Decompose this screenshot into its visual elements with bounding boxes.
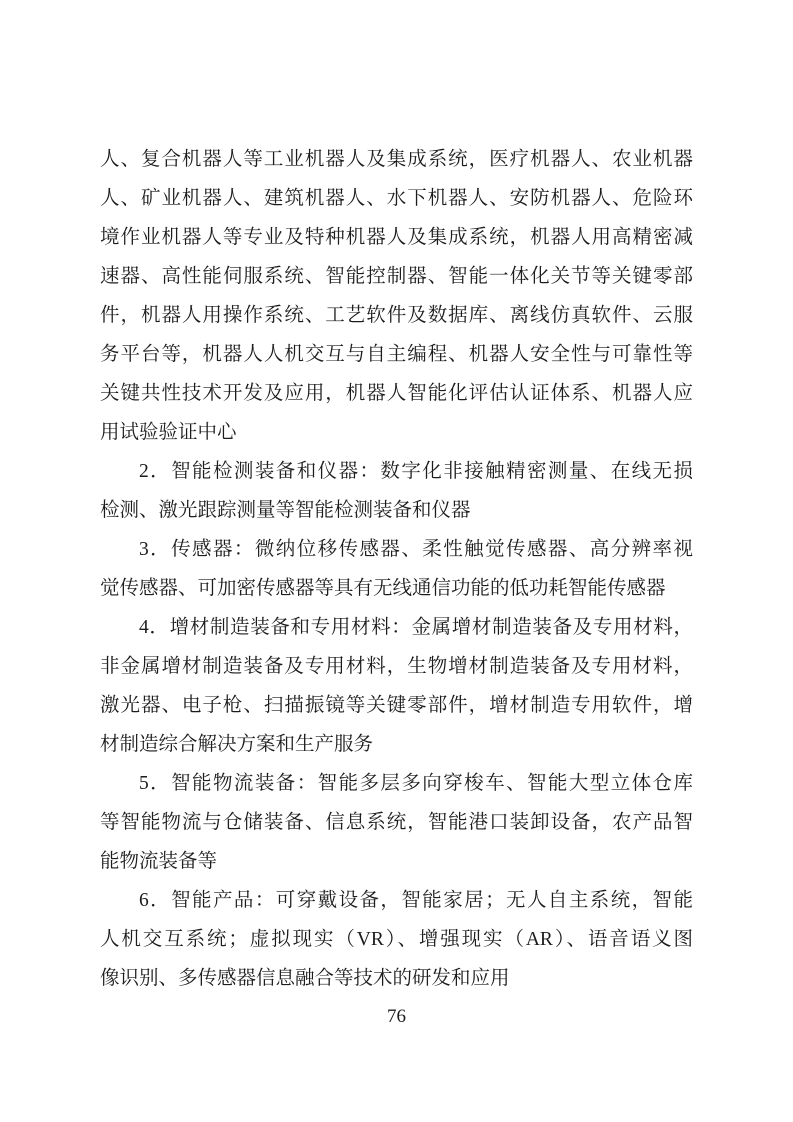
text-line: 件，机器人用操作系统、工艺软件及数据库、离线仿真软件、云服 xyxy=(100,296,693,335)
text-line-item-3: 3．传感器：微纳位移传感器、柔性触觉传感器、高分辨率视 xyxy=(100,530,693,569)
text-line: 用试验验证中心 xyxy=(100,413,693,452)
text-line-item-2: 2．智能检测装备和仪器：数字化非接触精密测量、在线无损 xyxy=(100,452,693,491)
text-line: 检测、激光跟踪测量等智能检测装备和仪器 xyxy=(100,491,693,530)
text-line: 务平台等，机器人人机交互与自主编程、机器人安全性与可靠性等 xyxy=(100,335,693,374)
text-line-item-5: 5．智能物流装备：智能多层多向穿梭车、智能大型立体仓库 xyxy=(100,764,693,803)
text-line: 能物流装备等 xyxy=(100,842,693,881)
text-line: 像识别、多传感器信息融合等技术的研发和应用 xyxy=(100,959,693,998)
text-line: 激光器、电子枪、扫描振镜等关键零部件，增材制造专用软件，增 xyxy=(100,686,693,725)
text-line: 觉传感器、可加密传感器等具有无线通信功能的低功耗智能传感器 xyxy=(100,569,693,608)
text-line-item-6: 6．智能产品：可穿戴设备，智能家居；无人自主系统，智能 xyxy=(100,881,693,920)
text-line: 材制造综合解决方案和生产服务 xyxy=(100,725,693,764)
text-line-item-4: 4．增材制造装备和专用材料：金属增材制造装备及专用材料， xyxy=(100,608,693,647)
text-line: 人、矿业机器人、建筑机器人、水下机器人、安防机器人、危险环 xyxy=(100,179,693,218)
text-line: 人、复合机器人等工业机器人及集成系统，医疗机器人、农业机器 xyxy=(100,140,693,179)
text-line: 境作业机器人等专业及特种机器人及集成系统，机器人用高精密减 xyxy=(100,218,693,257)
text-line: 等智能物流与仓储装备、信息系统，智能港口装卸设备，农产品智 xyxy=(100,803,693,842)
text-line: 速器、高性能伺服系统、智能控制器、智能一体化关节等关键零部 xyxy=(100,257,693,296)
page-number: 76 xyxy=(100,1002,693,1032)
text-line: 人机交互系统；虚拟现实（VR）、增强现实（AR）、语音语义图 xyxy=(100,920,693,959)
text-line: 非金属增材制造装备及专用材料，生物增材制造装备及专用材料， xyxy=(100,647,693,686)
text-line: 关键共性技术开发及应用，机器人智能化评估认证体系、机器人应 xyxy=(100,374,693,413)
body-text: 人、复合机器人等工业机器人及集成系统，医疗机器人、农业机器 人、矿业机器人、建筑… xyxy=(100,140,693,998)
document-page: 人、复合机器人等工业机器人及集成系统，医疗机器人、农业机器 人、矿业机器人、建筑… xyxy=(0,0,793,1122)
